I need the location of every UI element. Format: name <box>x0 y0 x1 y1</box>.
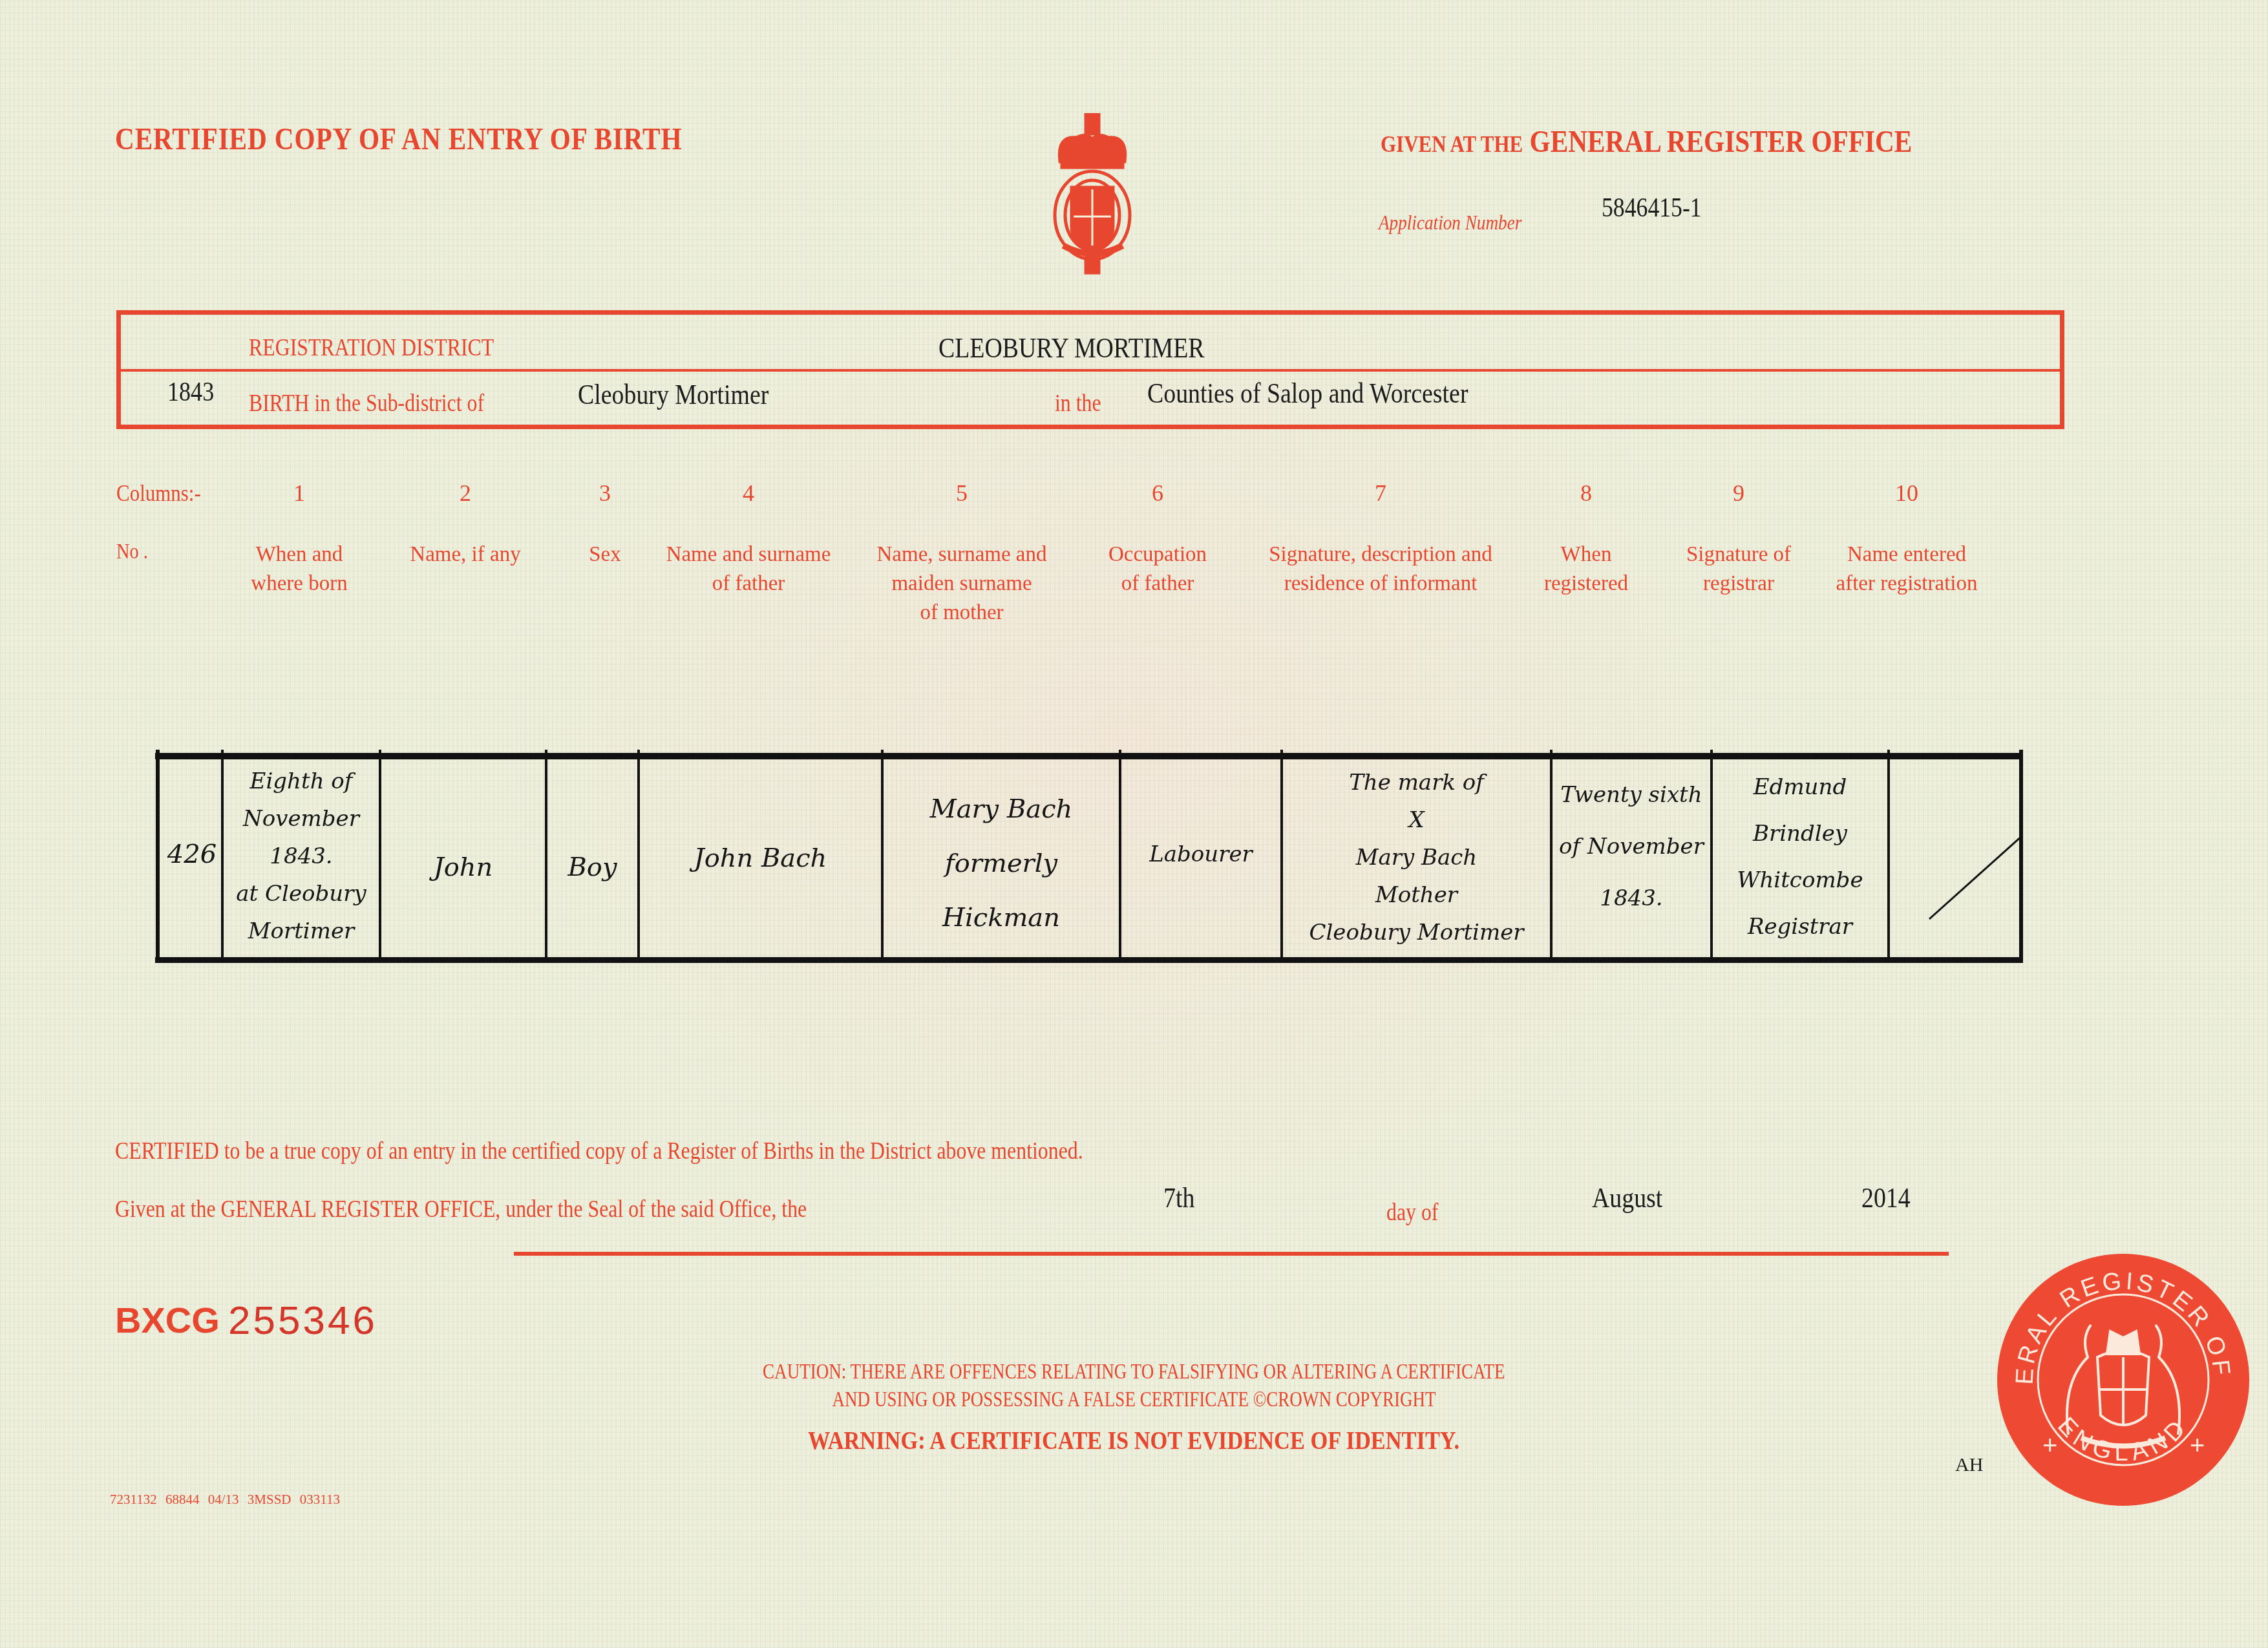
district-divider <box>121 369 2060 372</box>
subdistrict-value: Cleobury Mortimer <box>578 378 800 411</box>
entry-mother: Mary BachformerlyHickman <box>882 782 1120 945</box>
column-number-7: 7 <box>1316 480 1445 507</box>
column-no-label: No . <box>116 540 153 564</box>
print-code: 7231132 68844 04/13 3MSSD 033113 <box>110 1492 340 1508</box>
serial-number: 255346 <box>228 1298 377 1344</box>
column-number-4: 4 <box>684 480 813 507</box>
column-heading-informant: Signature, description andresidence of i… <box>1245 540 1516 598</box>
entry-when-registered: Twenty sixthof November1843. <box>1551 769 1712 924</box>
identity-warning: WARNING: A CERTIFICATE IS NOT EVIDENCE O… <box>0 1425 2268 1455</box>
svg-text:+: + <box>2190 1431 2205 1460</box>
application-number-label: Application Number <box>1379 211 1547 235</box>
issue-year: 2014 <box>1861 1181 1918 1214</box>
registration-district-label: REGISTRATION DISTRICT <box>249 334 534 362</box>
registration-year: 1843 <box>167 377 222 408</box>
column-number-5: 5 <box>897 480 1026 507</box>
day-of-label: day of <box>1386 1199 1447 1227</box>
certification-statement: CERTIFIED to be a true copy of an entry … <box>115 1137 1240 1165</box>
given-at-office-heading: GIVEN AT THEGENERAL REGISTER OFFICE <box>1381 124 1998 160</box>
county-value: Counties of Salop and Worcester <box>1147 377 1520 410</box>
column-number-8: 8 <box>1521 480 1651 507</box>
given-at-statement: Given at the GENERAL REGISTER OFFICE, un… <box>115 1196 919 1223</box>
gro-seal-icon: GENERAL REGISTER OFFICE ENGLAND + + <box>1984 1241 2262 1519</box>
officer-initials: AH <box>1955 1454 1983 1476</box>
columns-label: Columns:- <box>116 480 215 507</box>
registration-district-box: REGISTRATION DISTRICT CLEOBURY MORTIMER … <box>116 310 2064 429</box>
entry-informant: The mark ofXMary BachMotherCleobury Mort… <box>1282 764 1551 951</box>
serial-prefix: BXCG <box>115 1299 220 1341</box>
entry-sex: Boy <box>546 847 639 888</box>
issue-day: 7th <box>1163 1181 1200 1214</box>
certificate-title: CERTIFIED COPY OF AN ENTRY OF BIRTH <box>115 121 774 157</box>
column-number-9: 9 <box>1674 480 1803 507</box>
office-name: GENERAL REGISTER OFFICE <box>1530 125 1913 159</box>
caution-line-1: CAUTION: THERE ARE OFFENCES RELATING TO … <box>0 1360 2268 1384</box>
entry-father: John Bach <box>639 838 882 879</box>
given-prefix: GIVEN AT THE <box>1381 131 1523 157</box>
svg-text:+: + <box>2042 1431 2057 1460</box>
entry-when-where-born: Eighth ofNovember1843.at CleoburyMortime… <box>222 763 380 950</box>
column-heading-name-after-registration: Name enteredafter registration <box>1797 540 2017 598</box>
entry-name: John <box>380 847 546 888</box>
column-number-3: 3 <box>540 480 670 507</box>
column-number-1: 1 <box>235 480 364 507</box>
column-heading-father: Name and surnameof father <box>639 540 858 598</box>
entry-registrar: EdmundBrindleyWhitcombeRegistrar <box>1712 764 1889 950</box>
entry-occupation: Labourer <box>1120 834 1282 875</box>
subdistrict-label: BIRTH in the Sub-district of <box>249 390 522 417</box>
caution-line-2: AND USING OR POSSESSING A FALSE CERTIFIC… <box>0 1388 2268 1412</box>
column-number-6: 6 <box>1093 480 1222 507</box>
issue-month: August <box>1592 1181 1674 1214</box>
entry-number: 426 <box>162 834 222 875</box>
birth-entry-row: 426 Eighth ofNovember1843.at CleoburyMor… <box>155 750 2023 963</box>
registration-district-value: CLEOBURY MORTIMER <box>938 332 1248 364</box>
royal-crest-icon <box>1050 113 1134 275</box>
in-the-label: in the <box>1055 390 1108 417</box>
column-number-10: 10 <box>1842 480 1971 507</box>
column-number-2: 2 <box>401 480 530 507</box>
signature-rule <box>514 1252 1949 1256</box>
application-number: 5846415-1 <box>1602 193 1719 224</box>
column-heading-mother: Name, surname andmaiden surnameof mother <box>852 540 1072 628</box>
column-heading-occupation: Occupationof father <box>1048 540 1267 598</box>
